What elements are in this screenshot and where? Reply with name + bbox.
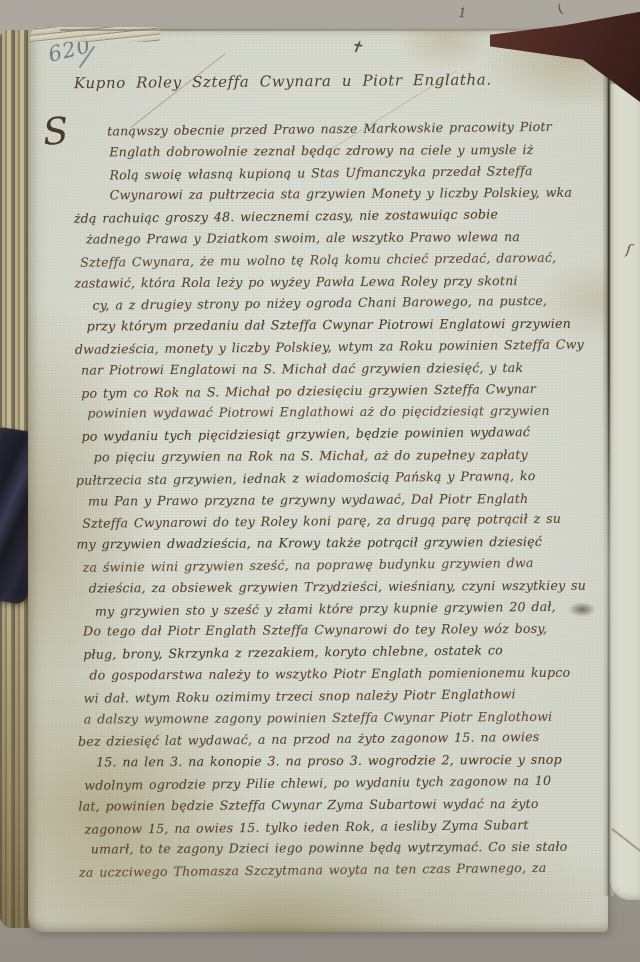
page-inner: 620 ✝ Kupno Roley Szteffa Cwynara u Piot… (28, 30, 608, 932)
entry-heading: Kupno Roley Szteffa Cwynara u Piotr Engl… (74, 70, 574, 92)
ink-smudge (568, 602, 596, 617)
page-top-edge-line (60, 29, 590, 31)
gray-background-mark: 1 (457, 5, 468, 21)
manuscript-page: 620 ✝ Kupno Roley Szteffa Cwynara u Piot… (28, 30, 608, 932)
manuscript-line: za uczciwego Thomasza Szczytmana woyta n… (79, 856, 608, 883)
paren-pen-mark: ( (556, 2, 565, 18)
folio-cross-mark: ✝ (349, 37, 364, 57)
manuscript-photo: 1 ( 620 ✝ Kupno Roley Szteffa Cwynara u … (0, 0, 640, 962)
manuscript-lines: tanąwszy obecnie przed Prawo nasze Marko… (65, 116, 608, 883)
right-page-stack (610, 84, 640, 900)
